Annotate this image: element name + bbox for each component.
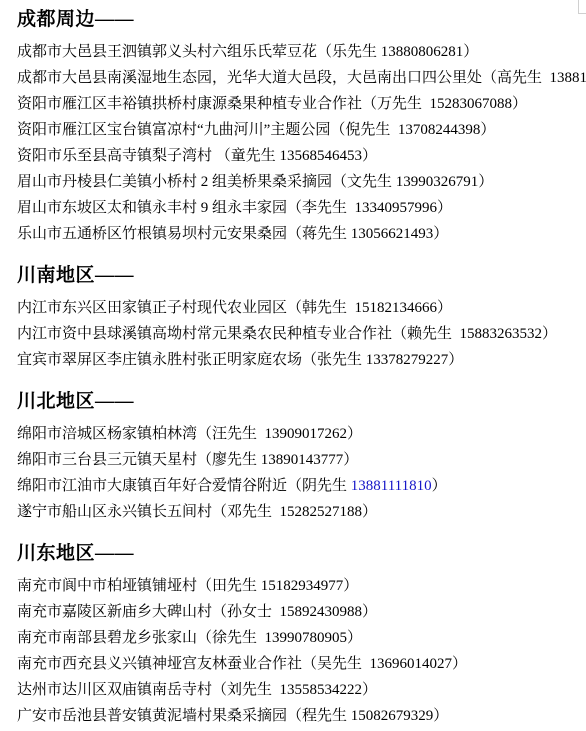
contact-entry: 绵阳市江油市大康镇百年好合爱情谷附近（阴先生 13881111810） (17, 473, 586, 499)
entry-location-text: 南充市西充县义兴镇神垭宫友林蚕业合作社（吴先生 (17, 656, 370, 672)
entry-close-paren: ） (480, 122, 495, 138)
entry-location-text: 成都市大邑县南溪湿地生态园，光华大道大邑段，大邑南出口四公里处（高先生 (17, 70, 550, 86)
entry-phone-number: 13890143777 (261, 452, 344, 468)
entry-location-text: 南充市南部县碧龙乡张家山（徐先生 (17, 630, 265, 646)
entry-phone-number: 15282527188 (280, 504, 363, 520)
entry-phone-number: 15182134666 (355, 300, 438, 316)
entry-close-paren: ） (437, 300, 452, 316)
entry-location-text: 成都市大邑县王泗镇郭义头村六组乐氏荤豆花（乐先生 (17, 44, 381, 60)
entry-phone-number: 13568546453 (280, 148, 363, 164)
entry-location-text: 绵阳市三台县三元镇天星村（廖先生 (17, 452, 261, 468)
entry-location-text: 绵阳市江油市大康镇百年好合爱情谷附近（阴先生 (17, 478, 351, 494)
entry-location-text: 眉山市东坡区太和镇永丰村 9 组永丰家园（李先生 (17, 200, 355, 216)
entry-location-text: 内江市资中县球溪镇高坳村常元果桑农民种植专业合作社（赖先生 (17, 326, 460, 342)
contact-entry: 内江市东兴区田家镇正子村现代农业园区（韩先生 15182134666） (17, 295, 586, 321)
entry-location-text: 遂宁市船山区永兴镇长五间村（邓先生 (17, 504, 280, 520)
entry-phone-number: 15082679329 (351, 708, 434, 724)
contact-entry: 资阳市雁江区宝台镇富凉村“九曲河川”主题公园（倪先生 13708244398） (17, 117, 586, 143)
entry-phone-number: 15892430988 (280, 604, 363, 620)
contact-entry: 资阳市雁江区丰裕镇拱桥村康源桑果种植专业合作社（万先生 15283067088） (17, 91, 586, 117)
entry-phone-number: 15182934977 (261, 578, 344, 594)
contact-entry: 成都市大邑县王泗镇郭义头村六组乐氏荤豆花（乐先生 13880806281） (17, 39, 586, 65)
entry-location-text: 资阳市乐至县高寺镇梨子湾村 （童先生 (17, 148, 280, 164)
entry-close-paren: ） (347, 630, 362, 646)
region-section: 川北地区—— 绵阳市涪城区杨家镇柏林湾（汪先生 13909017262） 绵阳市… (17, 389, 586, 525)
entry-phone-number: 13880806281 (381, 44, 464, 60)
region-entries: 南充市阆中市柏垭镇铺垭村（田先生 15182934977） 南充市嘉陵区新庙乡大… (17, 573, 586, 729)
entry-phone-number: 15283067088 (430, 96, 513, 112)
entry-location-text: 南充市嘉陵区新庙乡大碑山村（孙女士 (17, 604, 280, 620)
contact-entry: 广安市岳池县普安镇黄泥墙村果桑采摘园（程先生 15082679329） (17, 703, 586, 729)
entry-close-paren: ） (362, 682, 377, 698)
region-section: 川南地区—— 内江市东兴区田家镇正子村现代农业园区（韩先生 1518213466… (17, 263, 586, 373)
entry-location-text: 宜宾市翠屏区李庄镇永胜村张正明家庭农场（张先生 (17, 352, 366, 368)
entry-location-text: 资阳市雁江区丰裕镇拱桥村康源桑果种植专业合作社（万先生 (17, 96, 430, 112)
entry-phone-number: 13056621493 (351, 226, 434, 242)
entry-phone-number: 13708244398 (398, 122, 481, 138)
entry-location-text: 南充市阆中市柏垭镇铺垭村（田先生 (17, 578, 261, 594)
entry-close-paren: ） (343, 578, 358, 594)
region-section: 成都周边—— 成都市大邑县王泗镇郭义头村六组乐氏荤豆花（乐先生 13880806… (17, 7, 586, 247)
scrollbar-corner-fragment (578, 0, 586, 14)
contact-entry: 达州市达川区双庙镇南岳寺村（刘先生 13558534222） (17, 677, 586, 703)
contact-entry: 内江市资中县球溪镇高坳村常元果桑农民种植专业合作社（赖先生 1588326353… (17, 321, 586, 347)
entry-close-paren: ） (512, 96, 527, 112)
contact-entry: 宜宾市翠屏区李庄镇永胜村张正明家庭农场（张先生 13378279227） (17, 347, 586, 373)
entry-location-text: 资阳市雁江区宝台镇富凉村“九曲河川”主题公园（倪先生 (17, 122, 398, 138)
entry-close-paren: ） (437, 200, 452, 216)
entry-phone-number: 13558534222 (280, 682, 363, 698)
entry-close-paren: ） (347, 426, 362, 442)
entry-close-paren: ） (463, 44, 478, 60)
contact-entry: 南充市西充县义兴镇神垭宫友林蚕业合作社（吴先生 13696014027） (17, 651, 586, 677)
contact-entry: 眉山市东坡区太和镇永丰村 9 组永丰家园（李先生 13340957996） (17, 195, 586, 221)
entry-location-text: 眉山市丹棱县仁美镇小桥村 2 组美桥果桑采摘园（文先生 (17, 174, 396, 190)
region-entries: 绵阳市涪城区杨家镇柏林湾（汪先生 13909017262） 绵阳市三台县三元镇天… (17, 421, 586, 525)
contact-entry: 南充市南部县碧龙乡张家山（徐先生 13990780905） (17, 625, 586, 651)
region-entries: 成都市大邑县王泗镇郭义头村六组乐氏荤豆花（乐先生 13880806281） 成都… (17, 39, 586, 247)
contact-list-document: 成都周边—— 成都市大邑县王泗镇郭义头村六组乐氏荤豆花（乐先生 13880806… (0, 0, 586, 731)
region-heading: 成都周边—— (17, 7, 586, 33)
region-sections: 成都周边—— 成都市大邑县王泗镇郭义头村六组乐氏荤豆花（乐先生 13880806… (17, 7, 586, 729)
region-entries: 内江市东兴区田家镇正子村现代农业园区（韩先生 15182134666） 内江市资… (17, 295, 586, 373)
region-heading: 川北地区—— (17, 389, 586, 415)
contact-entry: 乐山市五通桥区竹根镇易坝村元安果桑园（蒋先生 13056621493） (17, 221, 586, 247)
entry-location-text: 达州市达川区双庙镇南岳寺村（刘先生 (17, 682, 280, 698)
entry-close-paren: ） (433, 226, 448, 242)
contact-entry: 成都市大邑县南溪湿地生态园，光华大道大邑段，大邑南出口四公里处（高先生 1388… (17, 65, 586, 91)
entry-close-paren: ） (362, 148, 377, 164)
entry-close-paren: ） (362, 604, 377, 620)
entry-close-paren: ） (448, 352, 463, 368)
region-section: 川东地区—— 南充市阆中市柏垭镇铺垭村（田先生 15182934977） 南充市… (17, 541, 586, 729)
entry-close-paren: ） (542, 326, 557, 342)
entry-phone-number: 13696014027 (370, 656, 453, 672)
entry-location-text: 绵阳市涪城区杨家镇柏林湾（汪先生 (17, 426, 265, 442)
entry-location-text: 内江市东兴区田家镇正子村现代农业园区（韩先生 (17, 300, 355, 316)
entry-location-text: 广安市岳池县普安镇黄泥墙村果桑采摘园（程先生 (17, 708, 351, 724)
contact-entry: 南充市嘉陵区新庙乡大碑山村（孙女士 15892430988） (17, 599, 586, 625)
region-heading: 川东地区—— (17, 541, 586, 567)
entry-close-paren: ） (343, 452, 358, 468)
entry-close-paren: ） (478, 174, 493, 190)
entry-phone-number: 13881700198 (550, 70, 586, 86)
entry-close-paren: ） (362, 504, 377, 520)
entry-close-paren: ） (432, 478, 447, 494)
contact-entry: 绵阳市涪城区杨家镇柏林湾（汪先生 13909017262） (17, 421, 586, 447)
contact-entry: 绵阳市三台县三元镇天星村（廖先生 13890143777） (17, 447, 586, 473)
contact-entry: 南充市阆中市柏垭镇铺垭村（田先生 15182934977） (17, 573, 586, 599)
entry-phone-link[interactable]: 13881111810 (351, 478, 432, 494)
entry-phone-number: 13378279227 (366, 352, 449, 368)
contact-entry: 资阳市乐至县高寺镇梨子湾村 （童先生 13568546453） (17, 143, 586, 169)
contact-entry: 眉山市丹棱县仁美镇小桥村 2 组美桥果桑采摘园（文先生 13990326791） (17, 169, 586, 195)
contact-entry: 遂宁市船山区永兴镇长五间村（邓先生 15282527188） (17, 499, 586, 525)
entry-phone-number: 15883263532 (460, 326, 543, 342)
entry-phone-number: 13909017262 (265, 426, 348, 442)
entry-close-paren: ） (433, 708, 448, 724)
entry-phone-number: 13990326791 (396, 174, 479, 190)
entry-location-text: 乐山市五通桥区竹根镇易坝村元安果桑园（蒋先生 (17, 226, 351, 242)
entry-close-paren: ） (452, 656, 467, 672)
entry-phone-number: 13340957996 (355, 200, 438, 216)
entry-phone-number: 13990780905 (265, 630, 348, 646)
region-heading: 川南地区—— (17, 263, 586, 289)
